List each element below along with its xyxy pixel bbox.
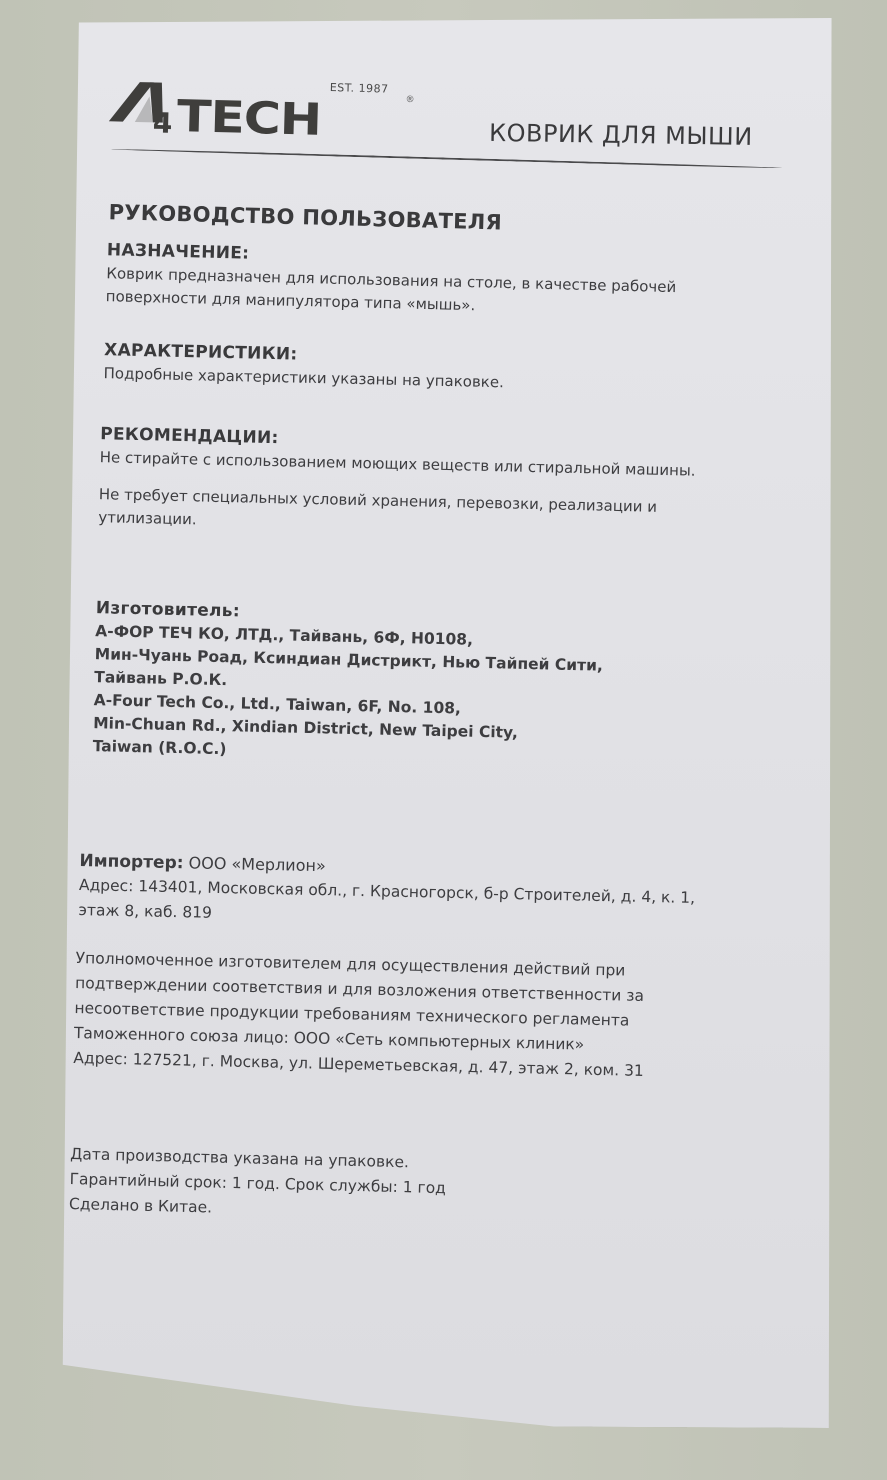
sheet-content: 4 TECH EST. 1987 ® КОВРИК ДЛЯ МЫШИ РУКОВ… [62,14,837,1428]
header-divider [111,148,783,169]
authorized-text: Уполномоченное изготовителем для осущест… [73,946,646,1084]
logo-four: 4 [152,106,172,139]
section-importer: Импортер: ООО «Мерлион» Адрес: 143401, М… [78,826,696,936]
section-authorized-representative: Уполномоченное изготовителем для осущест… [73,946,646,1084]
section-footer: Дата производства указана на упаковке. Г… [69,1142,447,1226]
footer-text: Дата производства указана на упаковке. Г… [69,1142,447,1226]
manufacturer-address-ru: А-ФОР ТЕЧ КО, ЛТД., Тайвань, 6Ф, Н0108, … [94,620,604,701]
section-specs: ХАРАКТЕРИСТИКИ: Подробные характеристики… [103,340,504,394]
section-purpose: НАЗНАЧЕНИЕ: Коврик предназначен для испо… [106,240,678,322]
section-manufacturer: Изготовитель: А-ФОР ТЕЧ КО, ЛТД., Тайван… [92,598,604,769]
section-recommendations: РЕКОМЕНДАЦИИ: Не стирайте с использовани… [98,424,696,542]
manufacturer-address-en: A-Four Tech Co., Ltd., Taiwan, 6F, No. 1… [92,689,602,770]
importer-name: ООО «Мерлион» [183,853,326,875]
registered-mark-icon: ® [405,95,414,105]
instruction-sheet: 4 TECH EST. 1987 ® КОВРИК ДЛЯ МЫШИ РУКОВ… [62,14,837,1428]
importer-label: Импортер: [79,851,183,873]
manual-title: РУКОВОДСТВО ПОЛЬЗОВАТЕЛЯ [108,200,502,234]
product-title: КОВРИК ДЛЯ МЫШИ [489,119,753,151]
recommendations-text-2: Не требует специальных условий хранения,… [98,483,695,543]
logo-text: TECH [176,91,321,146]
logo-established: EST. 1987 [330,81,389,96]
brand-logo: 4 TECH EST. 1987 ® [108,71,390,148]
